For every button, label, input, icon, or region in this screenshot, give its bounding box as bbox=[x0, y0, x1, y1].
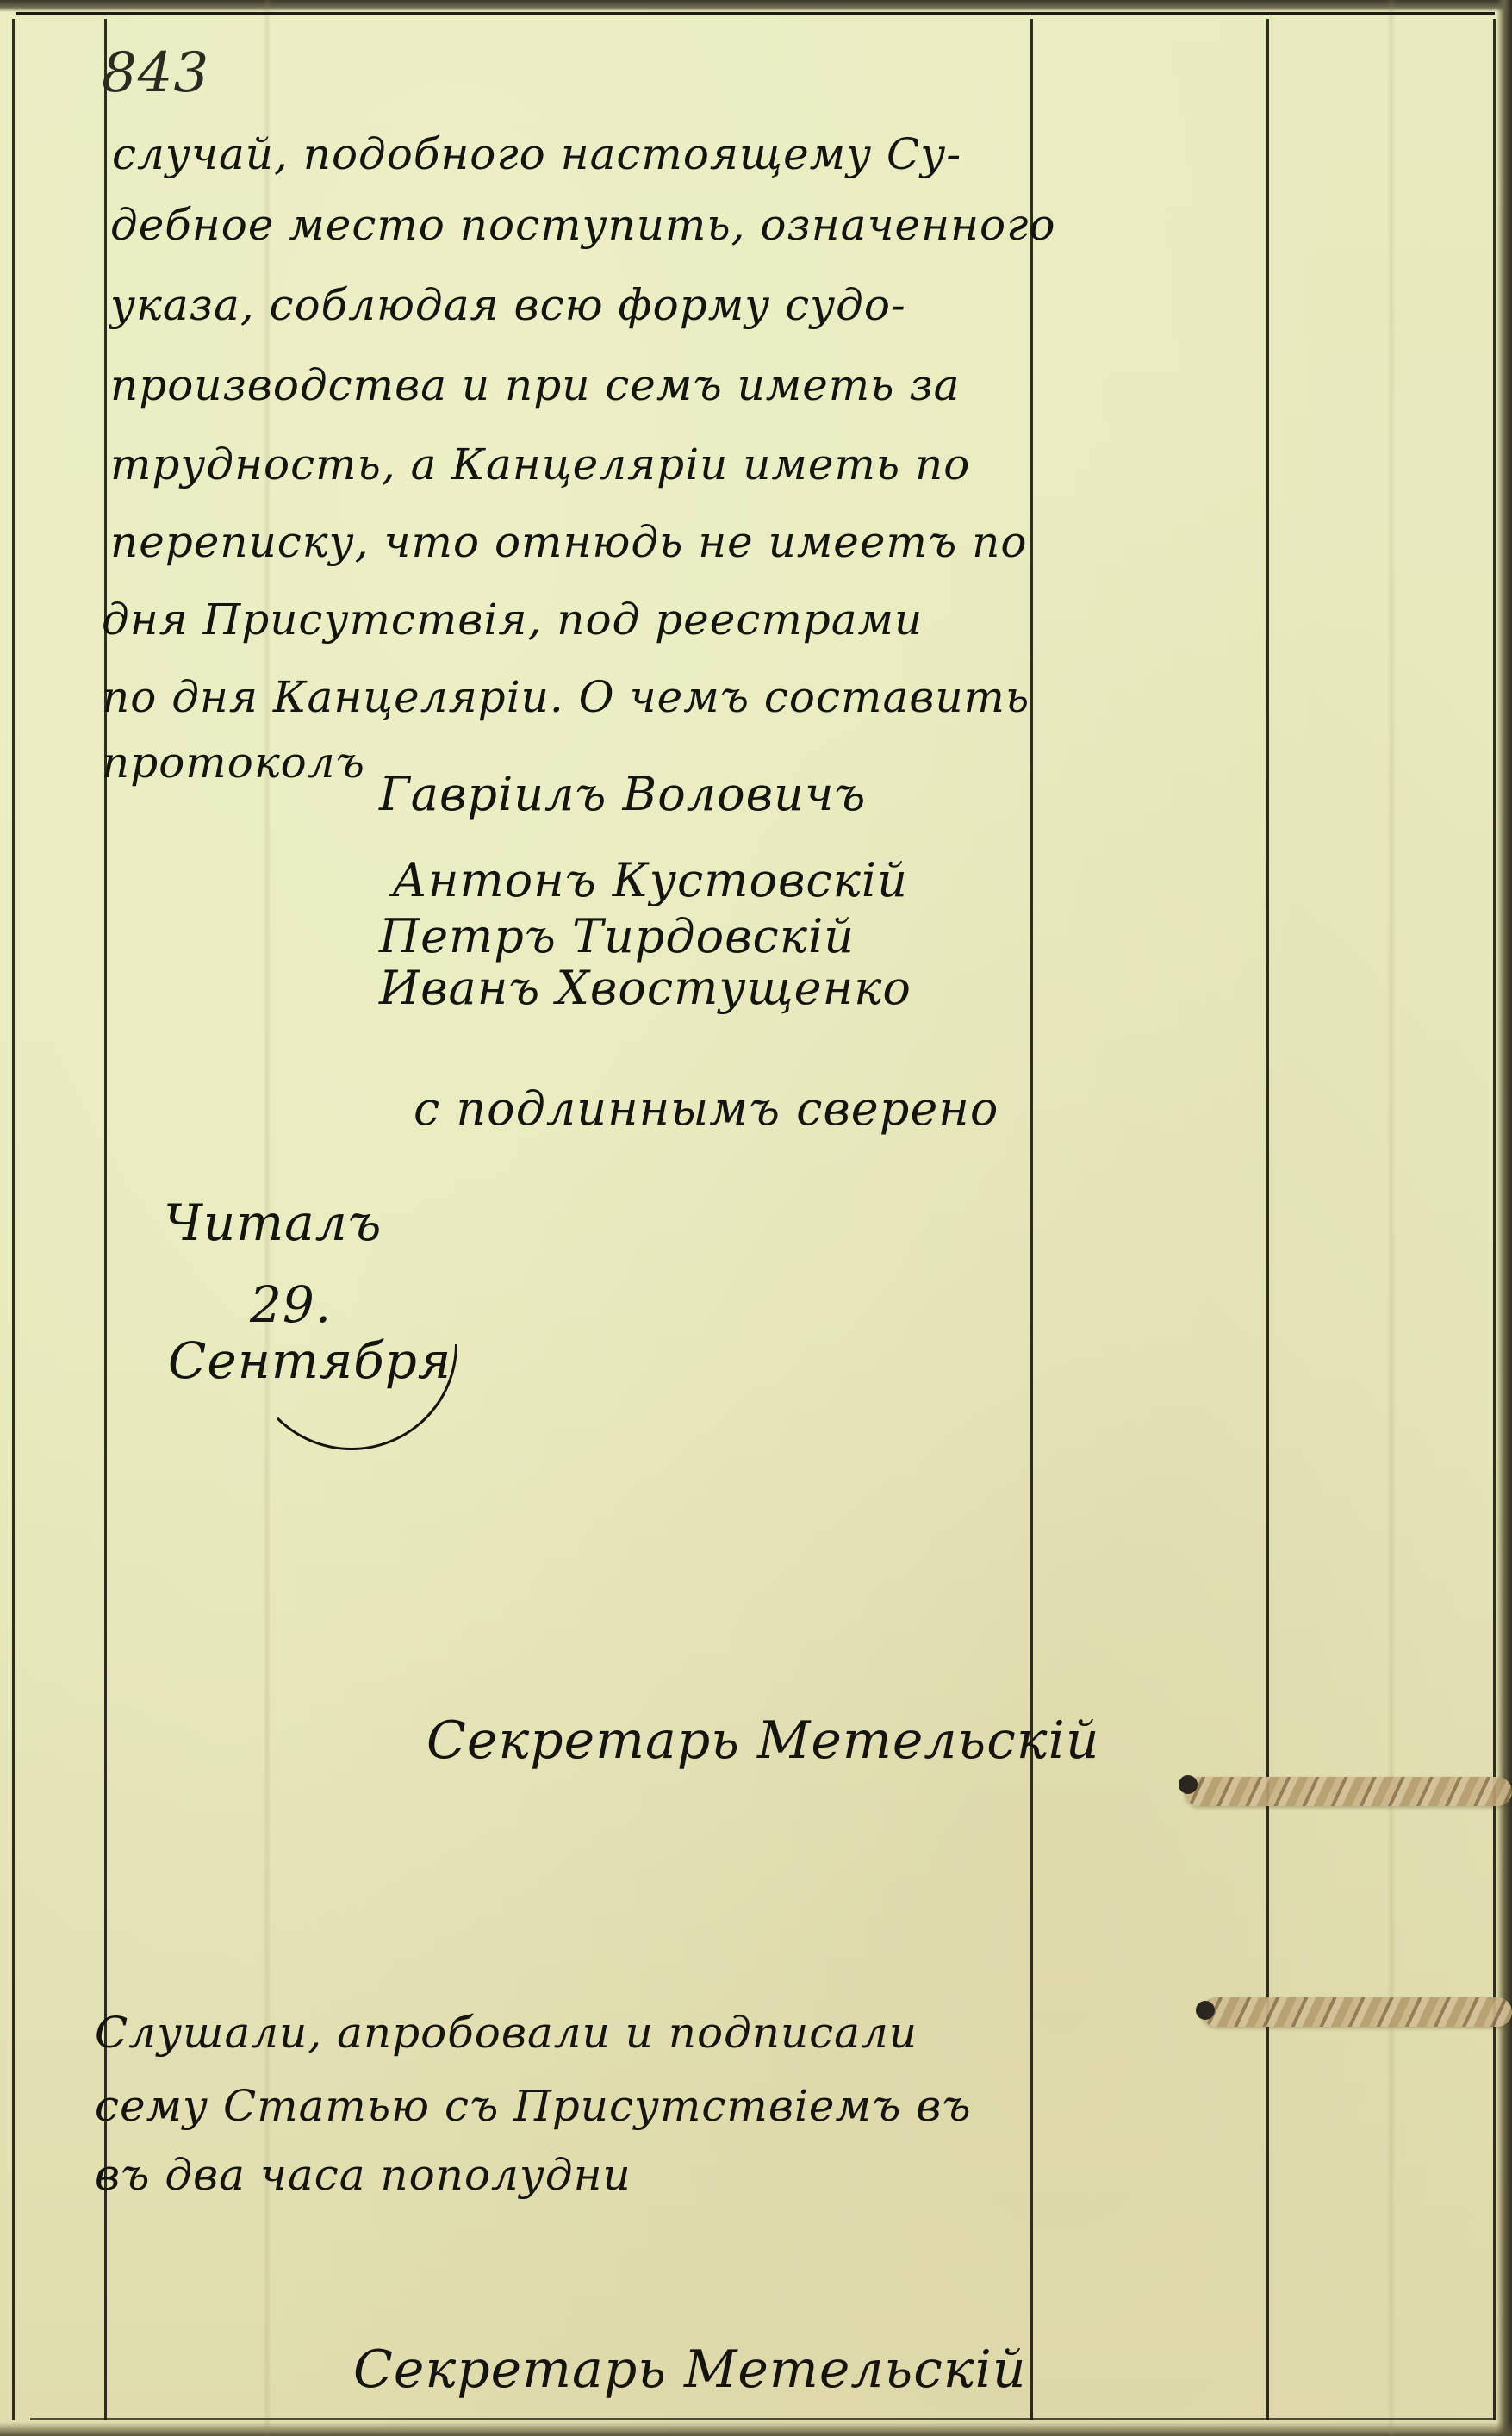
attestation-note: с подлиннымъ сверено bbox=[414, 1081, 999, 1136]
body-line: трудность, а Канцелярiи иметь по bbox=[110, 439, 970, 489]
page-edge-top bbox=[0, 0, 1512, 12]
binding-twine bbox=[1185, 1777, 1512, 1806]
column-rule-outer-right bbox=[1493, 19, 1496, 2420]
twine-end bbox=[1179, 1775, 1198, 1794]
body-line: производства и при семъ иметь за bbox=[110, 360, 960, 410]
body-line: указа, соблюдая всю форму судо- bbox=[110, 280, 906, 330]
signature: Гаврiилъ Воловичъ bbox=[379, 767, 866, 821]
flourish-decoration bbox=[246, 1344, 457, 1450]
signature: Петръ Тирдовскiй bbox=[379, 909, 855, 963]
page-edge-bottom bbox=[0, 2422, 1512, 2436]
body-line: случай, подобного настоящему Су- bbox=[112, 129, 961, 179]
column-rule-outer-left bbox=[12, 19, 15, 2420]
top-rule bbox=[16, 12, 1495, 15]
document-page: 843 случай, подобного настоящему Су- деб… bbox=[0, 0, 1512, 2436]
closing-line: Слушали, апробовали и подписали bbox=[95, 2008, 918, 2058]
body-line: переписку, что отнюдь не имеетъ по bbox=[110, 517, 1027, 567]
body-line: дебное место поступить, означенного bbox=[110, 200, 1055, 250]
paper-crease bbox=[1387, 0, 1396, 2436]
column-rule-middle bbox=[1266, 19, 1269, 2420]
closing-line: сему Статью съ Присутствiемъ въ bbox=[95, 2081, 972, 2131]
body-line: протоколъ bbox=[102, 738, 365, 788]
secretary-signature: Секретарь Метельскiй bbox=[353, 2339, 1026, 2400]
folio-number: 843 bbox=[102, 41, 209, 105]
bottom-rule bbox=[30, 2418, 1495, 2420]
margin-note-day: 29. bbox=[250, 1275, 332, 1334]
body-line: по дня Канцелярiи. О чемъ составить bbox=[102, 672, 1030, 722]
signature: Антонъ Кустовскiй bbox=[392, 853, 908, 907]
closing-line: въ два часа пополудни bbox=[95, 2150, 632, 2200]
signature: Иванъ Хвостущенко bbox=[379, 961, 912, 1015]
column-rule-margin bbox=[104, 19, 107, 2420]
page-edge-right bbox=[1496, 0, 1512, 2436]
secretary-signature: Секретарь Метельскiй bbox=[426, 1710, 1099, 1771]
body-line: дня Присутствiя, под реестрами bbox=[102, 595, 923, 645]
twine-end bbox=[1196, 2001, 1215, 2020]
binding-twine bbox=[1202, 1997, 1512, 2027]
column-rule-text-right bbox=[1030, 19, 1033, 2420]
margin-note-read: Читалъ bbox=[164, 1193, 382, 1252]
